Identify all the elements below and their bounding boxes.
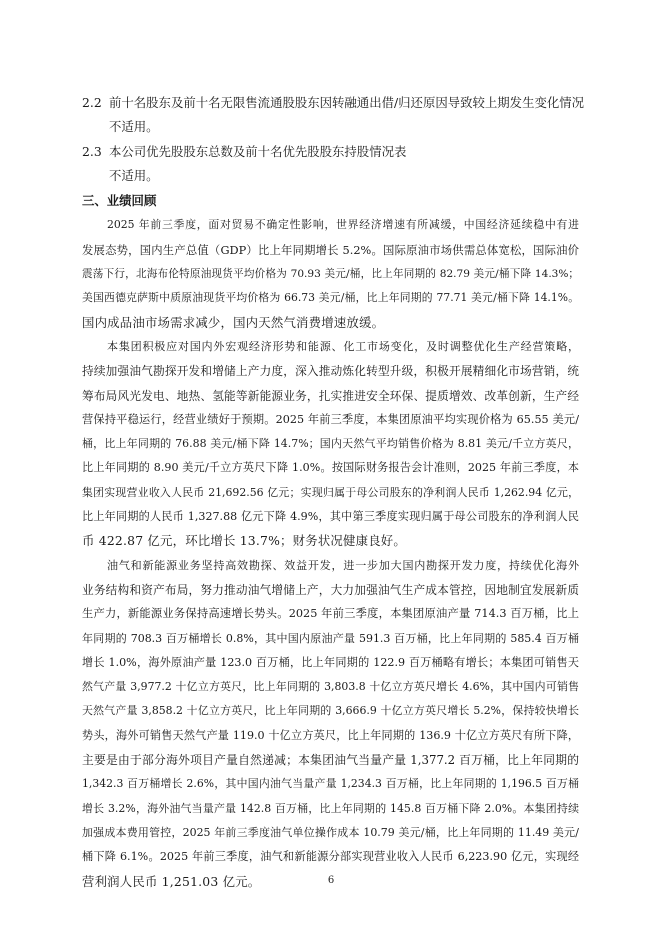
text-line: 然气产量 3,977.2 十亿立方英尺，比上年同期的 3,803.8 十亿立方英… — [82, 675, 579, 699]
text-line: 天然气产量 3,858.2 十亿立方英尺，比上年同期的 3,666.9 十亿立方… — [82, 699, 579, 723]
text-line: 筹布局风光发电、地热、氢能等新能源业务，扎实推进安全环保、提质增效、改革创新，生… — [82, 384, 579, 408]
text-line: 币 422.87 亿元，环比增长 13.7%；财务状况健康良好。 — [82, 529, 579, 553]
text-line: 加强成本费用管控，2025 年前三季度油气单位操作成本 10.79 美元/桶，比… — [82, 821, 579, 845]
page-content: 2.2前十名股东及前十名无限售流通股股东因转融通出借/归还原因导致较上期发生变化… — [82, 91, 579, 894]
paragraph-group-results: 本集团积极应对国内外宏观经济形势和能源、化工市场变化，及时调整优化生产经营策略，… — [82, 335, 579, 554]
document-page: 2.2前十名股东及前十名无限售流通股股东因转融通出借/归还原因导致较上期发生变化… — [0, 0, 662, 936]
text-line: 营保持平稳运行，经营业绩好于预期。2025 年前三季度，本集团原油平均实现价格为… — [82, 408, 579, 432]
paragraph-macro: 2025 年前三季度，面对贸易不确定性影响，世界经济增速有所减缓，中国经济延续稳… — [82, 213, 579, 334]
text-line: 油气和新能源业务坚持高效勘探、效益开发，进一步加大国内勘探开发力度，持续优化海外 — [82, 554, 579, 578]
text-line: 发展态势，国内生产总值（GDP）比上年同期增长 5.2%。国际原油市场供需总体宽… — [82, 238, 579, 262]
text-line: 桶下降 6.1%。2025 年前三季度，油气和新能源分部实现营业收入人民币 6,… — [82, 845, 579, 869]
section-note: 不适用。 — [82, 115, 579, 139]
text-line: 比上年同期的人民币 1,327.88 亿元下降 4.9%，其中第三季度实现归属于… — [82, 505, 579, 529]
section-heading: 2.3本公司优先股股东总数及前十名优先股股东持股情况表 — [82, 140, 579, 164]
text-line: 桶，比上年同期的 76.88 美元/桶下降 14.7%；国内天然气平均销售价格为… — [82, 432, 579, 456]
text-line: 业务结构和资产布局，努力推动油气增储上产，大力加强油气生产成本管控，因地制宜发展… — [82, 578, 579, 602]
section-number: 2.3 — [82, 140, 109, 164]
text-line: 2025 年前三季度，面对贸易不确定性影响，世界经济增速有所减缓，中国经济延续稳… — [82, 213, 579, 237]
text-line: 美国西德克萨斯中质原油现货平均价格为 66.73 美元/桶，比上年同期的 77.… — [82, 286, 579, 310]
text-line: 本集团积极应对国内外宏观经济形势和能源、化工市场变化，及时调整优化生产经营策略， — [82, 335, 579, 359]
text-line: 生产力，新能源业务保持高速增长势头。2025 年前三季度，本集团原油产量 714… — [82, 602, 579, 626]
text-line: 持续加强油气勘探开发和增储上产力度，深入推动炼化转型升级，积极开展精细化市场营销… — [82, 359, 579, 383]
heading-performance-review: 三、业绩回顾 — [82, 189, 579, 213]
text-line: 国内成品油市场需求减少，国内天然气消费增速放缓。 — [82, 311, 579, 335]
page-number: 6 — [0, 875, 662, 886]
section-heading: 2.2前十名股东及前十名无限售流通股股东因转融通出借/归还原因导致较上期发生变化… — [82, 91, 579, 115]
section-note: 不适用。 — [82, 164, 579, 188]
text-line: 1,342.3 百万桶增长 2.6%，其中国内油气当量产量 1,234.3 百万… — [82, 772, 579, 796]
text-line: 主要是由于部分海外项目产量自然递减；本集团油气当量产量 1,377.2 百万桶，… — [82, 748, 579, 772]
text-line: 震荡下行，北海布伦特原油现货平均价格为 70.93 美元/桶，比上年同期的 82… — [82, 262, 579, 286]
section-title: 本公司优先股股东总数及前十名优先股股东持股情况表 — [109, 144, 406, 159]
section-number: 2.2 — [82, 91, 109, 115]
text-line: 比上年同期的 8.90 美元/千立方英尺下降 1.0%。按国际财务报告会计准则，… — [82, 456, 579, 480]
text-line: 年同期的 708.3 百万桶增长 0.8%，其中国内原油产量 591.3 百万桶… — [82, 627, 579, 651]
section-title: 前十名股东及前十名无限售流通股股东因转融通出借/归还原因导致较上期发生变化情况 — [109, 95, 584, 110]
paragraph-oil-gas: 油气和新能源业务坚持高效勘探、效益开发，进一步加大国内勘探开发力度，持续优化海外… — [82, 554, 579, 894]
text-line: 增长 1.0%，海外原油产量 123.0 百万桶，比上年同期的 122.9 百万… — [82, 651, 579, 675]
text-line: 增长 3.2%，海外油气当量产量 142.8 百万桶，比上年同期的 145.8 … — [82, 797, 579, 821]
section-2-3: 2.3本公司优先股股东总数及前十名优先股股东持股情况表 不适用。 — [82, 140, 579, 189]
section-2-2: 2.2前十名股东及前十名无限售流通股股东因转融通出借/归还原因导致较上期发生变化… — [82, 91, 579, 140]
text-line: 集团实现营业收入人民币 21,692.56 亿元；实现归属于母公司股东的净利润人… — [82, 481, 579, 505]
text-line: 势头，海外可销售天然气产量 119.0 十亿立方英尺，比上年同期的 136.9 … — [82, 724, 579, 748]
